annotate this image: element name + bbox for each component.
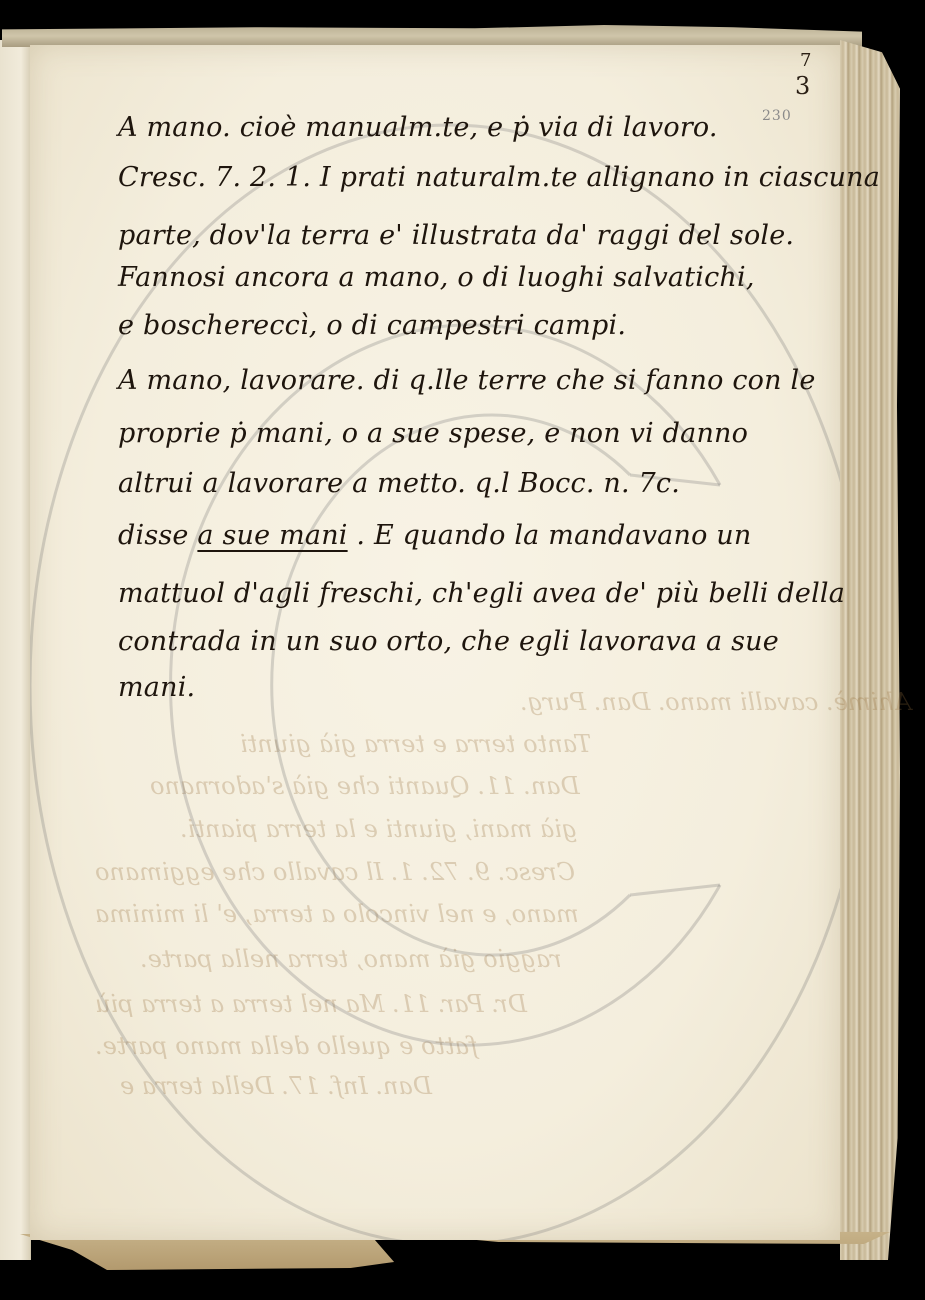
bleed-through-line: Dan. Inf. 17. Della terra e xyxy=(120,1072,432,1100)
bleed-through-line: Cresc. 9. 72. 1. Il cavallo che eggimano xyxy=(95,858,575,886)
manuscript-line: A mano. cioè manualm.te, e ṗ via di lavo… xyxy=(118,112,718,143)
manuscript-line: mattuol d'agli freschi, ch'egli avea de'… xyxy=(118,578,845,609)
manuscript-line: disse a sue mani . E quando la mandavano… xyxy=(118,520,752,551)
pencil-number: 230 xyxy=(762,108,792,124)
manuscript-line: Fannosi ancora a mano, o di luoghi salva… xyxy=(118,262,755,293)
manuscript-line: Cresc. 7. 2. 1. I prati naturalm.te alli… xyxy=(118,162,880,193)
underlined-phrase: a sue mani xyxy=(197,520,347,551)
facing-page-edge xyxy=(0,40,31,1260)
manuscript-scan: Ahimè. cavalli mano. Dan. Purg. Tanto te… xyxy=(0,0,925,1300)
manuscript-line: altrui a lavorare a metto. q.l Bocc. n. … xyxy=(118,468,680,499)
folio-mark: 7 xyxy=(800,50,811,71)
bleed-through-line: Dan. 11. Quanti che già s'adornano xyxy=(150,772,580,800)
line-text: disse xyxy=(118,520,197,551)
bleed-through-line: mano, e nel vincolo a terra, e' li minim… xyxy=(95,900,579,928)
page-stack-edge xyxy=(840,40,900,1260)
bleed-through-line: fatto e quello della mano parte. xyxy=(95,1032,478,1060)
manuscript-line: contrada in un suo orto, che egli lavora… xyxy=(118,626,779,657)
bleed-through-line: raggio già mano, terra nella parte. xyxy=(140,945,562,973)
bleed-through-line: Tanto terra e terra già giunti xyxy=(240,730,591,758)
manuscript-line: e boschereccì, o di campestri campi. xyxy=(118,310,626,341)
bleed-through-line: Dr. Par. 11. Ma nel terra a terra più xyxy=(95,990,527,1018)
bleed-through-line: già mani, giunti e la terra pianti. xyxy=(180,815,577,843)
manuscript-line: proprie ṗ mani, o a sue spese, e non vi … xyxy=(118,418,748,449)
manuscript-line: parte, dov'la terra e' illustrata da' ra… xyxy=(118,220,794,251)
manuscript-line: A mano, lavorare. di q.lle terre che si … xyxy=(118,365,816,396)
line-text: . E quando la mandavano un xyxy=(348,520,752,551)
folio-number: 3 xyxy=(795,72,810,100)
manuscript-line: mani. xyxy=(118,672,195,703)
top-torn-edge xyxy=(2,25,862,47)
bleed-through-line: Ahimè. cavalli mano. Dan. Purg. xyxy=(520,688,911,716)
